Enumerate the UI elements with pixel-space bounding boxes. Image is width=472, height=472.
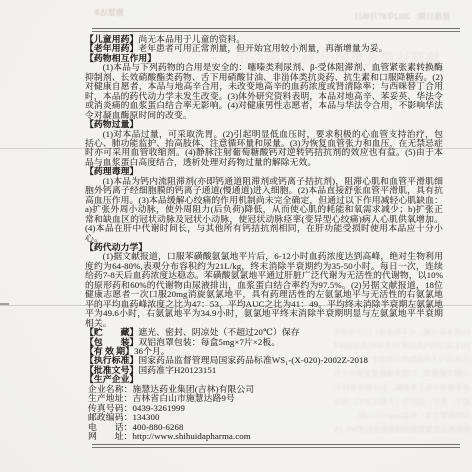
section-approval-number: 【批准文号】国药准字H20123151 <box>85 366 443 375</box>
section-drug-interactions: 【药物相互作用】(1)本品与下列药物的合用是安全的：噻嗪类利尿剂、β-受体阻滞剂… <box>85 54 443 120</box>
insert-body: 【儿童用药】尚无本品用于儿童的资料。【老年用药】老年患者可用正常剂量，但开始宜用… <box>85 35 443 441</box>
section-pharmacokinetics: 【药代动力学】(1)据文献报道，口服苯磺酸氨氯地平片后，6-12小时血药浓度达到… <box>85 243 443 328</box>
bleedthrough-approval-date-text: 批准日期：2012年07月06日 <box>295 11 450 22</box>
manufacturer-detail-5: 网 址：http://www.shihuidapharma.com <box>85 432 443 441</box>
package-insert-page: 施慧达® 批准日期：2012年07月06日 施慧达药业集团(吉林)有限公司 (1… <box>0 0 472 472</box>
section-label-geriatric-use: 【老年用药】 <box>85 43 138 53</box>
detail-value-5: http://www.shihuidapharma.com <box>133 431 251 441</box>
section-paragraph-pharmacology-toxicology-0: (1)本品为钙内流阻滞剂(亦即钙通道阻滞剂或钙离子拮抗剂)，阻滞心肌和血管平滑肌… <box>85 177 443 243</box>
bleedthrough-brand-text: 施慧达® <box>78 7 124 18</box>
detail-key-5: 网 址： <box>88 431 133 441</box>
top-double-rule <box>92 28 460 32</box>
section-text-approval-number: 国药准字H20123151 <box>138 365 216 375</box>
entry-line-approval-number: 【批准文号】国药准字H20123151 <box>85 366 443 375</box>
section-manufacturer: 【生产企业】企业名称：施慧达药业集团(吉林)有限公司生产地址：吉林省白山市施慧达… <box>85 375 443 441</box>
section-paragraph-pharmacokinetics-0: (1)据文献报道，口服苯磺酸氨氯地平片后，6-12小时血药浓度达到高峰，绝对生物… <box>85 252 443 328</box>
section-paragraph-drug-interactions-0: (1)本品与下列药物的合用是安全的：噻嗪类利尿剂、β-受体阻滞剂、血管紧张素转换… <box>85 63 443 120</box>
paper-crease-mark <box>0 303 9 305</box>
section-overdosage: 【药物过量】(1)对本品过量，可采取洗胃。(2)引起明显低血压时，要求积极的心血… <box>85 120 443 167</box>
bottom-double-rule <box>92 444 460 448</box>
section-pharmacology-toxicology: 【药理毒理】(1)本品为钙内流阻滞剂(亦即钙通道阻滞剂或钙离子拮抗剂)，阻滞心肌… <box>85 167 443 243</box>
section-text-geriatric-use: 老年患者可用正常剂量，但开始宜用较小剂量，再渐增量为妥。 <box>138 43 387 53</box>
section-paragraph-overdosage-0: (1)对本品过量，可采取洗胃。(2)引起明显低血压时，要求积极的心血管支持治疗，… <box>85 130 443 168</box>
